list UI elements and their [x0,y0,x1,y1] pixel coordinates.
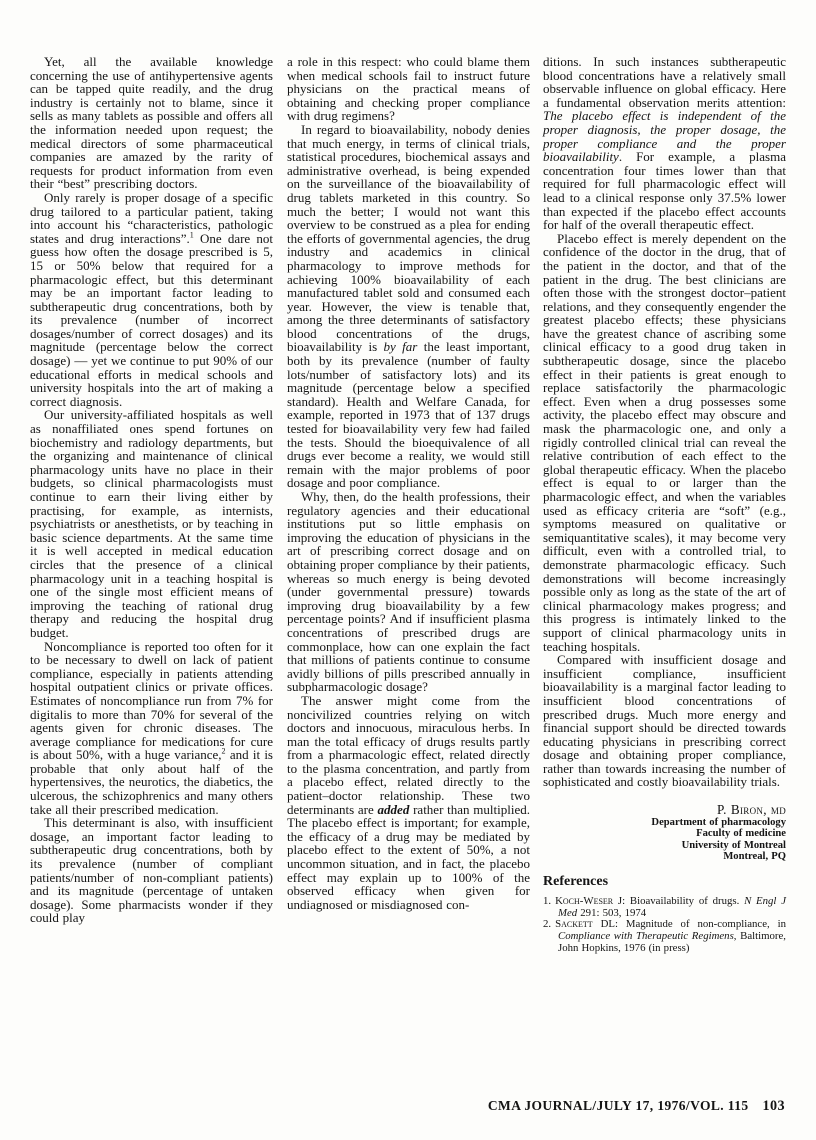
reference-item: 1.Koch-Weser J: Bioavailability of drugs… [543,896,786,920]
page-number: 103 [763,1098,785,1114]
text-run: the least important, both by its prevale… [287,339,530,490]
reference-number: 1. [543,895,555,907]
text-run: ditions. In such instances subtherapeuti… [543,54,786,110]
text-run: DL: Magnitude of non-compliance, in [593,918,786,930]
paragraph: Yet, all the available knowledge concern… [30,55,273,191]
text-run: Sackett [555,918,593,930]
journal-citation: CMA JOURNAL/JULY 17, 1976/VOL. 115 [488,1098,749,1113]
text-run: In regard to bioavailability, nobody den… [287,122,530,355]
text-column-2: a role in this respect: who could blame … [287,55,530,911]
text-column-3: ditions. In such instances subtherapeuti… [543,55,786,955]
text-column-1: Yet, all the available knowledge concern… [30,55,273,925]
text-run: Yet, all the available knowledge concern… [30,54,273,191]
text-run: Noncompliance is reported too often for … [30,639,273,763]
reference-number: 2. [543,918,555,930]
paragraph: ditions. In such instances subtherapeuti… [543,55,786,232]
paragraph: Placebo effect is merely dependent on th… [543,232,786,653]
text-run: Compliance with Therapeutic Regimens [558,930,734,942]
text-run: Why, then, do the health professions, th… [287,489,530,694]
paragraph: Compared with insufficient dosage and in… [543,653,786,789]
author-affiliation-line: Department of pharmacology [543,817,786,828]
text-run: Our university-affiliated hospitals as w… [30,407,273,640]
text-run: The answer might come from the noncivili… [287,693,530,817]
text-run: One dare not guess how often the dosage … [30,231,273,409]
text-run: Koch-Weser [555,895,613,907]
text-run: P. [717,802,731,817]
author-affiliation-line: University of Montreal [543,840,786,851]
text-run: Biron [731,802,763,817]
author-signature-block: P. Biron, mdDepartment of pharmacologyFa… [543,803,786,862]
text-run: 291: 503, 1974 [577,907,646,919]
journal-page: Yet, all the available knowledge concern… [0,0,816,1140]
text-run: J: Bioavailability of drugs. [613,895,744,907]
paragraph: In regard to bioavailability, nobody den… [287,123,530,490]
references-heading: References [543,875,786,889]
author-affiliation-line: Montreal, PQ [543,851,786,862]
author-name: P. Biron, md [543,803,786,817]
text-run: a role in this respect: who could blame … [287,54,530,123]
author-affiliation-line: Faculty of medicine [543,828,786,839]
text-run: This determinant is also, with insuffici… [30,815,273,925]
text-run: Compared with insufficient dosage and in… [543,652,786,789]
reference-item: 2.Sackett DL: Magnitude of non-complianc… [543,919,786,954]
paragraph: a role in this respect: who could blame … [287,55,530,123]
text-run: Placebo effect is merely dependent on th… [543,231,786,654]
paragraph: Noncompliance is reported too often for … [30,640,273,817]
text-run: , [763,802,771,817]
text-run: md [771,802,786,817]
paragraph: The answer might come from the noncivili… [287,694,530,912]
paragraph: This determinant is also, with insuffici… [30,816,273,925]
paragraph: Our university-affiliated hospitals as w… [30,408,273,639]
paragraph: Why, then, do the health professions, th… [287,490,530,694]
paragraph: Only rarely is proper dosage of a specif… [30,191,273,409]
page-footer: CMA JOURNAL/JULY 17, 1976/VOL. 115103 [488,1098,785,1115]
text-run: rather than multiplied. The placebo effe… [287,802,530,912]
